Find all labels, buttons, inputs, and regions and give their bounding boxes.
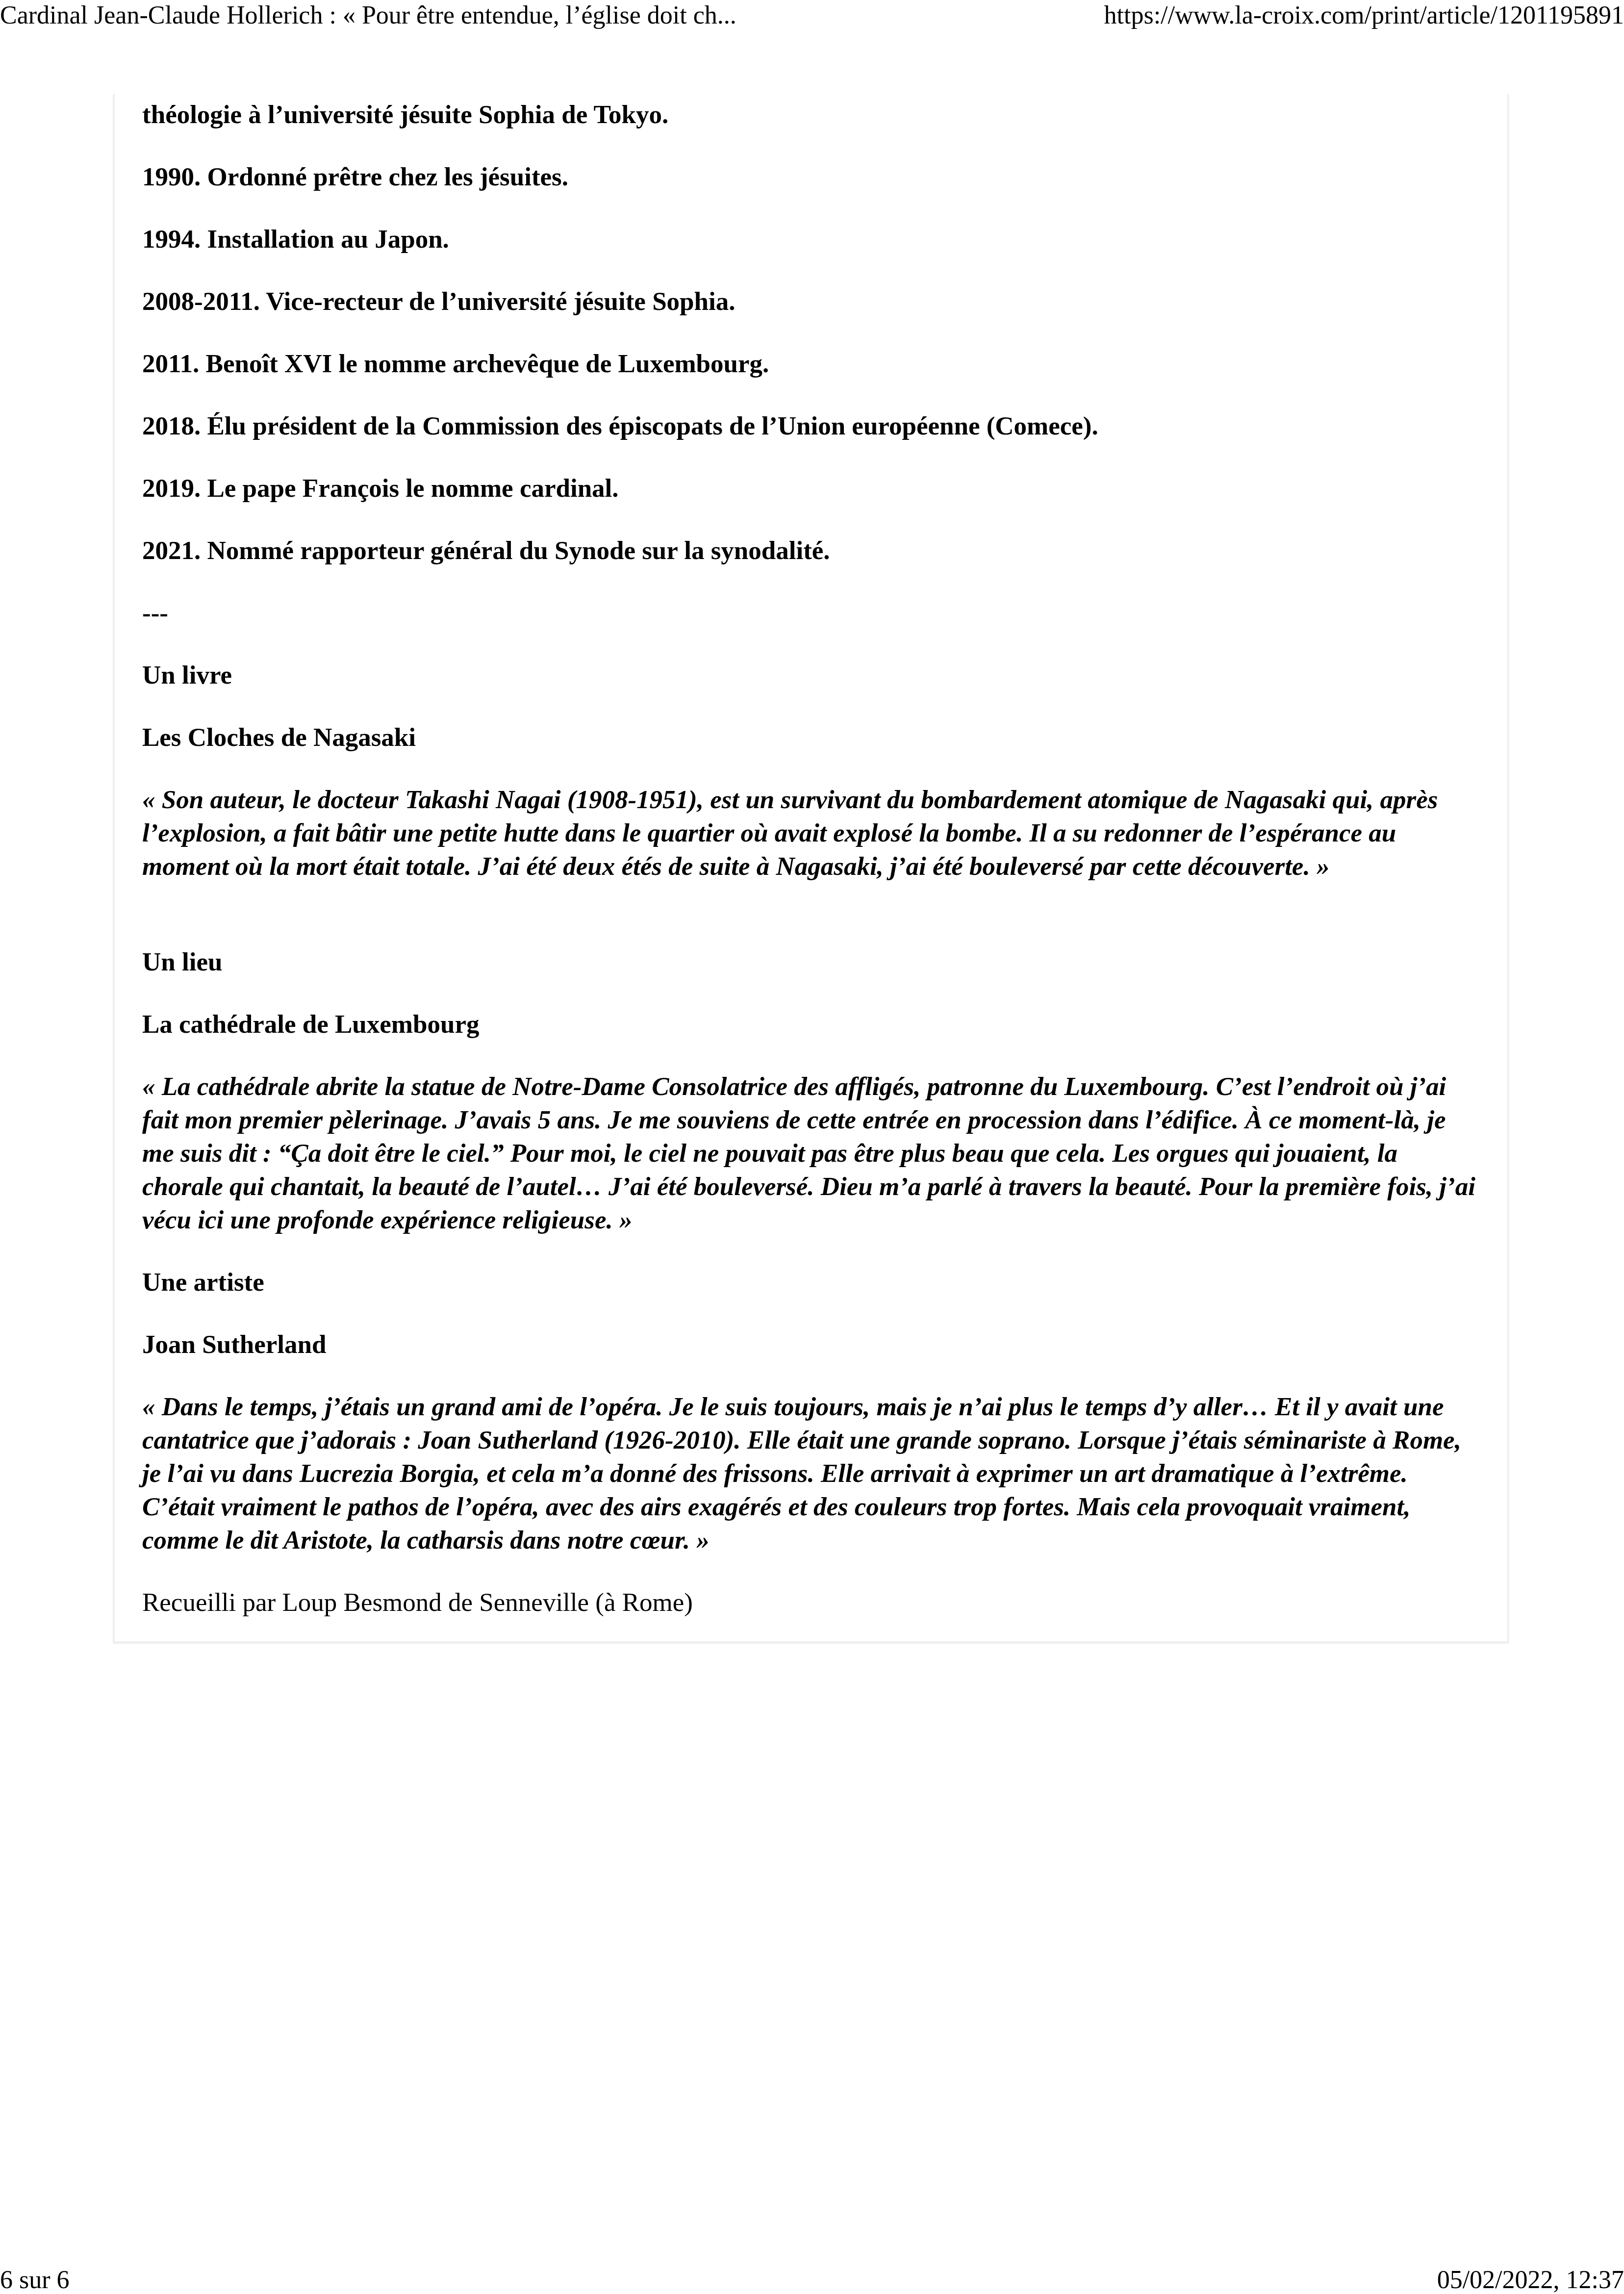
- print-datetime: 05/02/2022, 12:37: [1437, 2266, 1624, 2294]
- section-subject-place: La cathédrale de Luxembourg: [142, 1008, 480, 1041]
- section-category-place: Un lieu: [142, 945, 222, 979]
- section-subject-artist: Joan Sutherland: [142, 1328, 327, 1361]
- section-separator: ---: [142, 596, 168, 630]
- timeline-item: 2018. Élu président de la Commission des…: [142, 409, 1098, 443]
- print-header: Cardinal Jean-Claude Hollerich : « Pour …: [0, 1, 1624, 30]
- article-card: théologie à l’université jésuite Sophia …: [113, 94, 1509, 1644]
- timeline-item: 1990. Ordonné prêtre chez les jésuites.: [142, 160, 568, 194]
- print-footer: 6 sur 6 05/02/2022, 12:37: [0, 2266, 1624, 2294]
- section-subject-book: Les Cloches de Nagasaki: [142, 721, 416, 754]
- section-category-book: Un livre: [142, 659, 232, 692]
- print-header-title: Cardinal Jean-Claude Hollerich : « Pour …: [0, 1, 736, 30]
- article-credit: Recueilli par Loup Besmond de Senneville…: [142, 1586, 693, 1619]
- timeline-item: 1994. Installation au Japon.: [142, 223, 449, 256]
- timeline-item: 2011. Benoît XVI le nomme archevêque de …: [142, 347, 769, 381]
- section-category-artist: Une artiste: [142, 1266, 264, 1299]
- timeline-item: 2021. Nommé rapporteur général du Synode…: [142, 534, 830, 567]
- timeline-item: 2019. Le pape François le nomme cardinal…: [142, 472, 619, 505]
- timeline-item: théologie à l’université jésuite Sophia …: [142, 98, 668, 131]
- page-number: 6 sur 6: [0, 2266, 70, 2294]
- print-header-url: https://www.la-croix.com/print/article/1…: [1104, 1, 1624, 30]
- section-quote-book: « Son auteur, le docteur Takashi Nagai (…: [142, 783, 1480, 883]
- section-quote-place: « La cathédrale abrite la statue de Notr…: [142, 1070, 1480, 1237]
- section-quote-artist: « Dans le temps, j’étais un grand ami de…: [142, 1390, 1480, 1557]
- timeline-item: 2008-2011. Vice-recteur de l’université …: [142, 285, 736, 318]
